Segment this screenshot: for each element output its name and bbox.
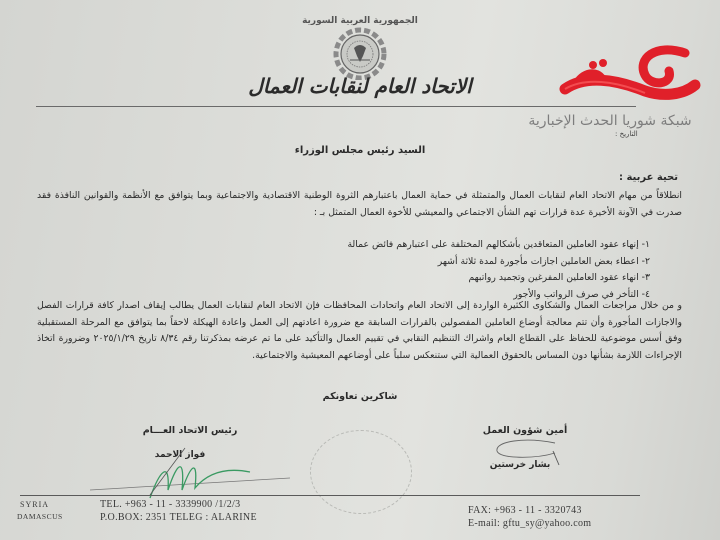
footer-email: E-mail: gftu_sy@yahoo.com [468,518,591,529]
labor-affairs-name: بشار خرستين [470,460,570,470]
footer-country: SYRIA [20,500,49,509]
letter-page: الجمهورية العربية السورية الاتحاد العام … [0,0,720,540]
footer-pobox: P.O.BOX: 2351 TELEG : ALARINE [100,512,257,523]
official-stamp [310,430,412,514]
date-label: التاريخ : [615,130,638,138]
footer-city: DAMASCUS [17,512,63,521]
union-emblem-icon [310,20,410,80]
organization-title: الاتحاد العام لنقابات العمال [215,74,505,98]
footer-divider [20,495,640,496]
list-item: ٣- انهاء عقود العاملين المفرغين وتجميد ر… [250,270,650,287]
green-signature-icon [90,440,290,500]
decisions-list: ١- إنهاء عقود العاملين المتعاقدين بأشكال… [250,237,650,303]
footer-fax: FAX: +963 - 11 - 3320743 [468,505,582,516]
paragraph-demands: و من خلال مراجعات العمال والشكاوى الكثير… [37,298,682,364]
watermark-caption: شبكة شوريا الحدث الإخبارية [500,113,720,129]
list-item: ١- إنهاء عقود العاملين المتعاقدين بأشكال… [250,237,650,254]
footer-telephone: TEL. +963 - 11 - 3339900 /1/2/3 [100,499,240,510]
paragraph-intro: انطلاقاً من مهام الاتحاد العام لنقابات ا… [37,188,682,221]
addressee: السيد رئيس مجلس الوزراء [220,145,500,156]
list-item: ٢- اعطاء بعض العاملين اجازات مأجورة لمدة… [250,254,650,271]
president-title: رئيس الاتحاد العـــام [110,425,270,436]
greeting: تحية عربية : [619,172,678,183]
alhadath-logo-icon [545,45,705,115]
closing-thanks: شاكرين تعاونكم [260,391,460,402]
